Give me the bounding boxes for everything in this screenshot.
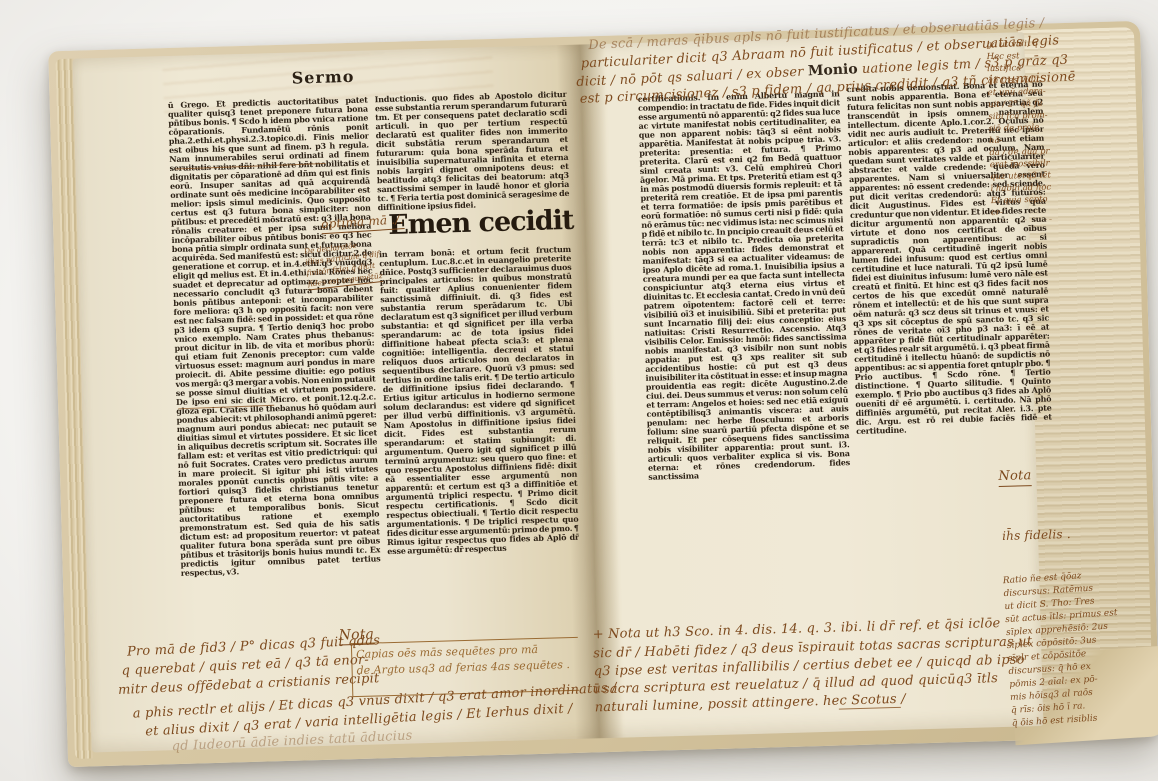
handwritten-right-margin-top: ga ut vidi, q̄ Hec est iustificā q̄ñ tre…: [986, 37, 1057, 221]
handwritten-gutter-note: De declaratōe illius particule q̄ dif- f…: [303, 237, 387, 302]
handwritten-rm-nota: Nota: [998, 467, 1032, 487]
note-line: sibi fcā prom-: [988, 109, 1054, 123]
left-column-2-lower: in terram bonā: et ortum fecit fructum c…: [379, 245, 582, 640]
note-line: et unū adora-: [988, 85, 1054, 99]
handwritten-right-margin-bottom: Ratio ñe est q̄ōaz discursus: Ratēmus ut…: [1002, 567, 1140, 735]
note-line: siō de prole hā-: [989, 121, 1056, 147]
left-column-1: ū Grego. Et predictis auctoritatibus pat…: [168, 95, 383, 645]
photo-canvas: { "scene": { "background_color": "#f3f2e…: [0, 0, 1158, 781]
sermon-heading: Emen cecidit: [388, 207, 574, 240]
right-column-1: certificationis. fm enim Albertū magnū i…: [638, 89, 855, 619]
note-line: Hec est iustificā: [987, 49, 1054, 75]
running-title-right-printed: Monio: [808, 61, 858, 79]
book-photo: Sermo ū Grego. Et predictis auctoritatib…: [48, 21, 1158, 767]
handwritten-rm-ihs: ih̄s fidelis .: [1002, 525, 1071, 545]
note-line: Et quia scpto cr-: [991, 193, 1058, 219]
left-column-2-upper: Inductionis. quo fides ab Apostolo dicit…: [375, 90, 570, 213]
